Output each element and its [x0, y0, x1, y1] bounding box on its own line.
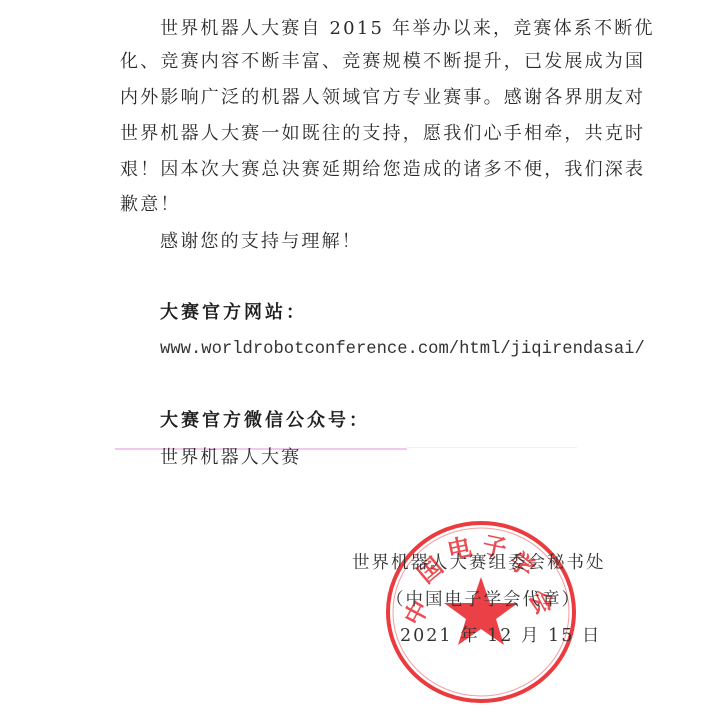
paragraph-line-2: 化、竞赛内容不断丰富、竞赛规模不断提升，已发展成为国: [120, 51, 645, 73]
signature-org: 世界机器人大赛组委会秘书处: [352, 552, 606, 574]
website-url[interactable]: www.worldrobotconference.com/html/jiqire…: [160, 339, 645, 361]
paragraph-line-5: 艰！因本次大赛总决赛延期给您造成的诸多不便，我们深表: [120, 159, 645, 181]
paragraph-line-1: 世界机器人大赛自 2015 年举办以来，竞赛体系不断优: [160, 18, 655, 40]
signature-date: 2021 年 12 月 15 日: [400, 625, 601, 647]
scan-artifact-line-faint: [407, 447, 577, 448]
signature-proxy: （中国电子学会代章）: [386, 589, 581, 611]
official-seal-icon: 中 国 电 子 学 会: [383, 517, 579, 707]
wechat-label: 大赛官方微信公众号：: [160, 410, 370, 432]
thanks-text: 感谢您的支持与理解！: [160, 231, 362, 253]
paragraph-line-6: 歉意！: [120, 194, 181, 216]
website-label: 大赛官方网站：: [160, 302, 307, 324]
wechat-name: 世界机器人大赛: [160, 447, 301, 469]
paragraph-line-4: 世界机器人大赛一如既往的支持，愿我们心手相牵，共克时: [120, 123, 645, 145]
paragraph-line-3: 内外影响广泛的机器人领域官方专业赛事。感谢各界朋友对: [120, 87, 645, 109]
